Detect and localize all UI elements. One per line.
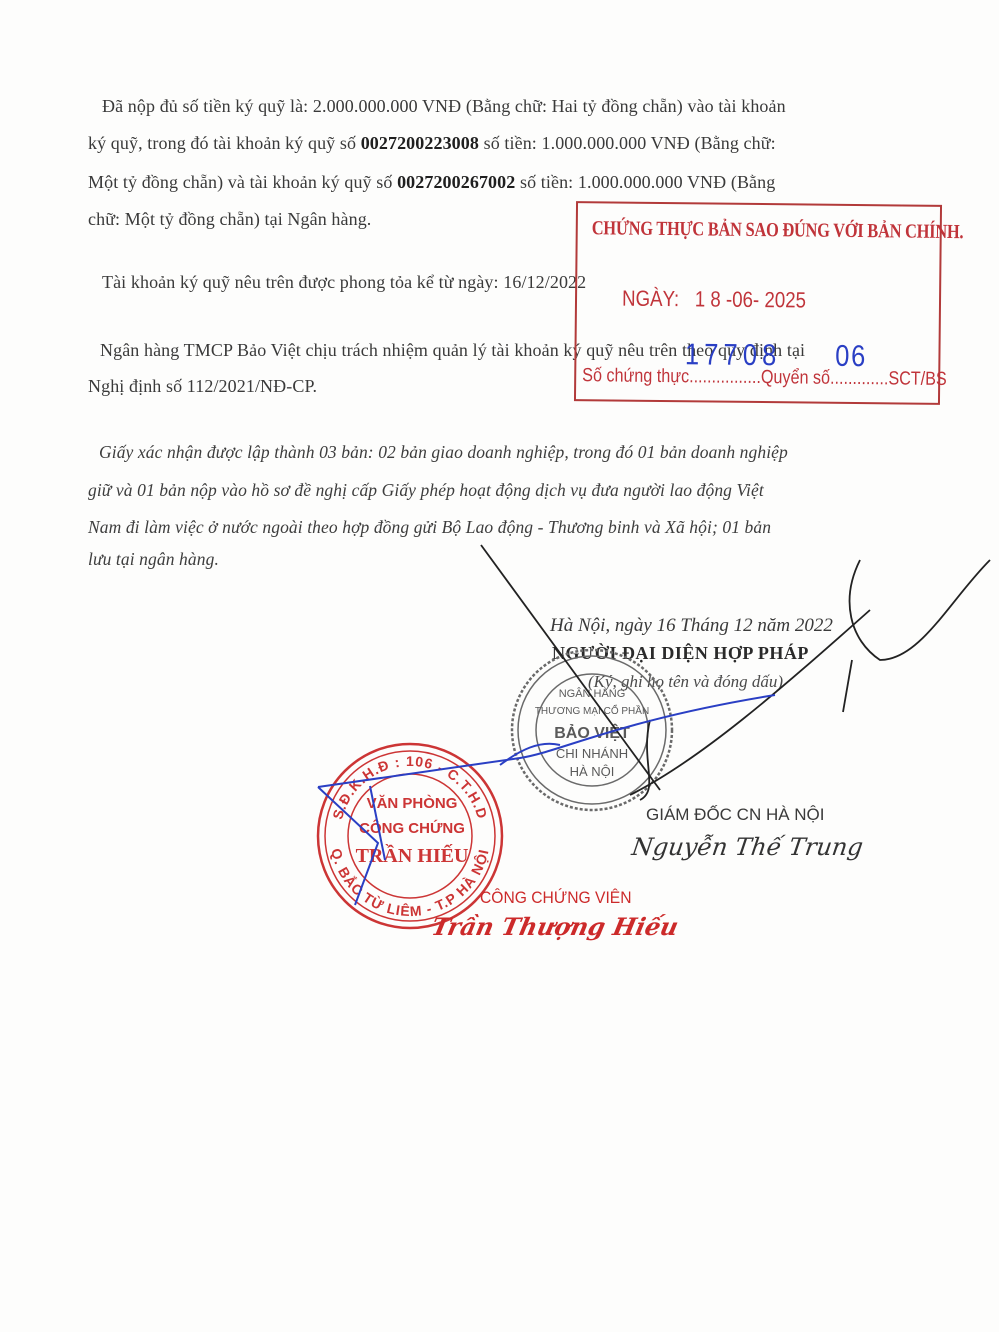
bank-seal-text: NGÂN HÀNG THƯƠNG MẠI CỔ PHẦN BẢO VIỆT CH… [535, 687, 649, 779]
seals-and-signatures: NGÂN HÀNG THƯƠNG MẠI CỔ PHẦN BẢO VIỆT CH… [0, 0, 999, 1332]
svg-text:CÔNG CHỨNG: CÔNG CHỨNG [359, 819, 465, 837]
svg-text:CHI NHÁNH: CHI NHÁNH [556, 746, 628, 761]
svg-text:THƯƠNG MẠI CỔ PHẦN: THƯƠNG MẠI CỔ PHẦN [535, 704, 649, 717]
director-name: Nguyễn Thế Trung [630, 833, 865, 861]
notary-name: Trần Thượng Hiếu [429, 912, 681, 941]
director-title: GIÁM ĐỐC CN HÀ NỘI [646, 805, 825, 825]
bank-signature-icon [481, 545, 990, 800]
svg-text:HÀ NỘI: HÀ NỘI [570, 764, 615, 779]
svg-text:VĂN PHÒNG: VĂN PHÒNG [367, 794, 458, 812]
notary-seal-text: S.Đ.K.H.Đ : 106 - C.T.H.D Q. BẮC TỪ LIÊM… [328, 753, 492, 919]
notary-title: CÔNG CHỨNG VIÊN [480, 888, 632, 908]
